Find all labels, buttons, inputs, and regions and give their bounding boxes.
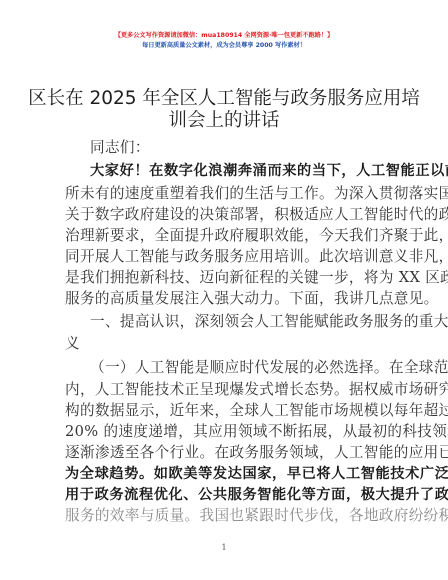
salutation: 同志们： — [90, 138, 385, 158]
section-heading-line-1: 一、提高认识，深刻领会人工智能赋能政务服务的重大意 — [90, 312, 385, 332]
document-page: 【更多公文写作资源请加微信：mua180914 全网资源·唯一包更新不跑路！】 … — [0, 0, 448, 580]
body-line: 同开展人工智能与政务服务应用培训。此次培训意义非凡，它 — [65, 247, 385, 267]
subsection-heading: （一）人工智能是顺应时代发展的必然选择。在全球范围 — [90, 358, 385, 378]
body-line-bold: 为全球趋势。如欧美等发达国家，早已将人工智能技术广泛应 — [65, 464, 385, 484]
opening-line-bold: 大家好！在数字化浪潮奔涌而来的当下，人工智能正以前 — [90, 161, 385, 181]
promo-banner-wechat: 【更多公文写作资源请加微信：mua180914 全网资源·唯一包更新不跑路！】 — [0, 30, 448, 39]
document-title-line-2: 训会上的讲话 — [0, 110, 448, 132]
section-heading-line-2: 义 — [65, 334, 385, 354]
body-line: 服务的高质量发展注入强大动力。下面，我讲几点意见。 — [65, 289, 385, 309]
body-line: 构的数据显示，近年来，全球人工智能市场规模以每年超过 — [65, 401, 385, 421]
promo-banner-membership: 每日更新高质量公文素材，成为会员尊享 2000 写作素材！ — [0, 40, 448, 49]
body-line: 所未有的速度重塑着我们的生活与工作。为深入贯彻落实国家 — [65, 184, 385, 204]
body-line-bold: 用于政务流程优化、公共服务智能化等方面，极大提升了政务 — [65, 485, 385, 505]
body-line: 20% 的速度递增，其应用领域不断拓展，从最初的科技领域 — [65, 422, 385, 442]
document-title-line-1: 区长在 2025 年全区人工智能与政务服务应用培 — [0, 88, 448, 110]
body-line: 是我们拥抱新科技、迈向新征程的关键一步，将为 XX 区政务 — [65, 268, 385, 288]
body-line: 关于数字政府建设的决策部署，积极适应人工智能时代的政府 — [65, 205, 385, 225]
body-line: 治理新要求，全面提升政府履职效能，今天我们齐聚于此，共 — [65, 226, 385, 246]
page-number: 1 — [0, 543, 448, 552]
body-line: 服务的效率与质量。我国也紧跟时代步伐，各地政府纷纷积极 — [65, 506, 385, 526]
body-line: 逐渐渗透至各个行业。在政务服务领域，人工智能的应用已成 — [65, 443, 385, 463]
body-line: 内，人工智能技术正呈现爆发式增长态势。据权威市场研究机 — [65, 380, 385, 400]
